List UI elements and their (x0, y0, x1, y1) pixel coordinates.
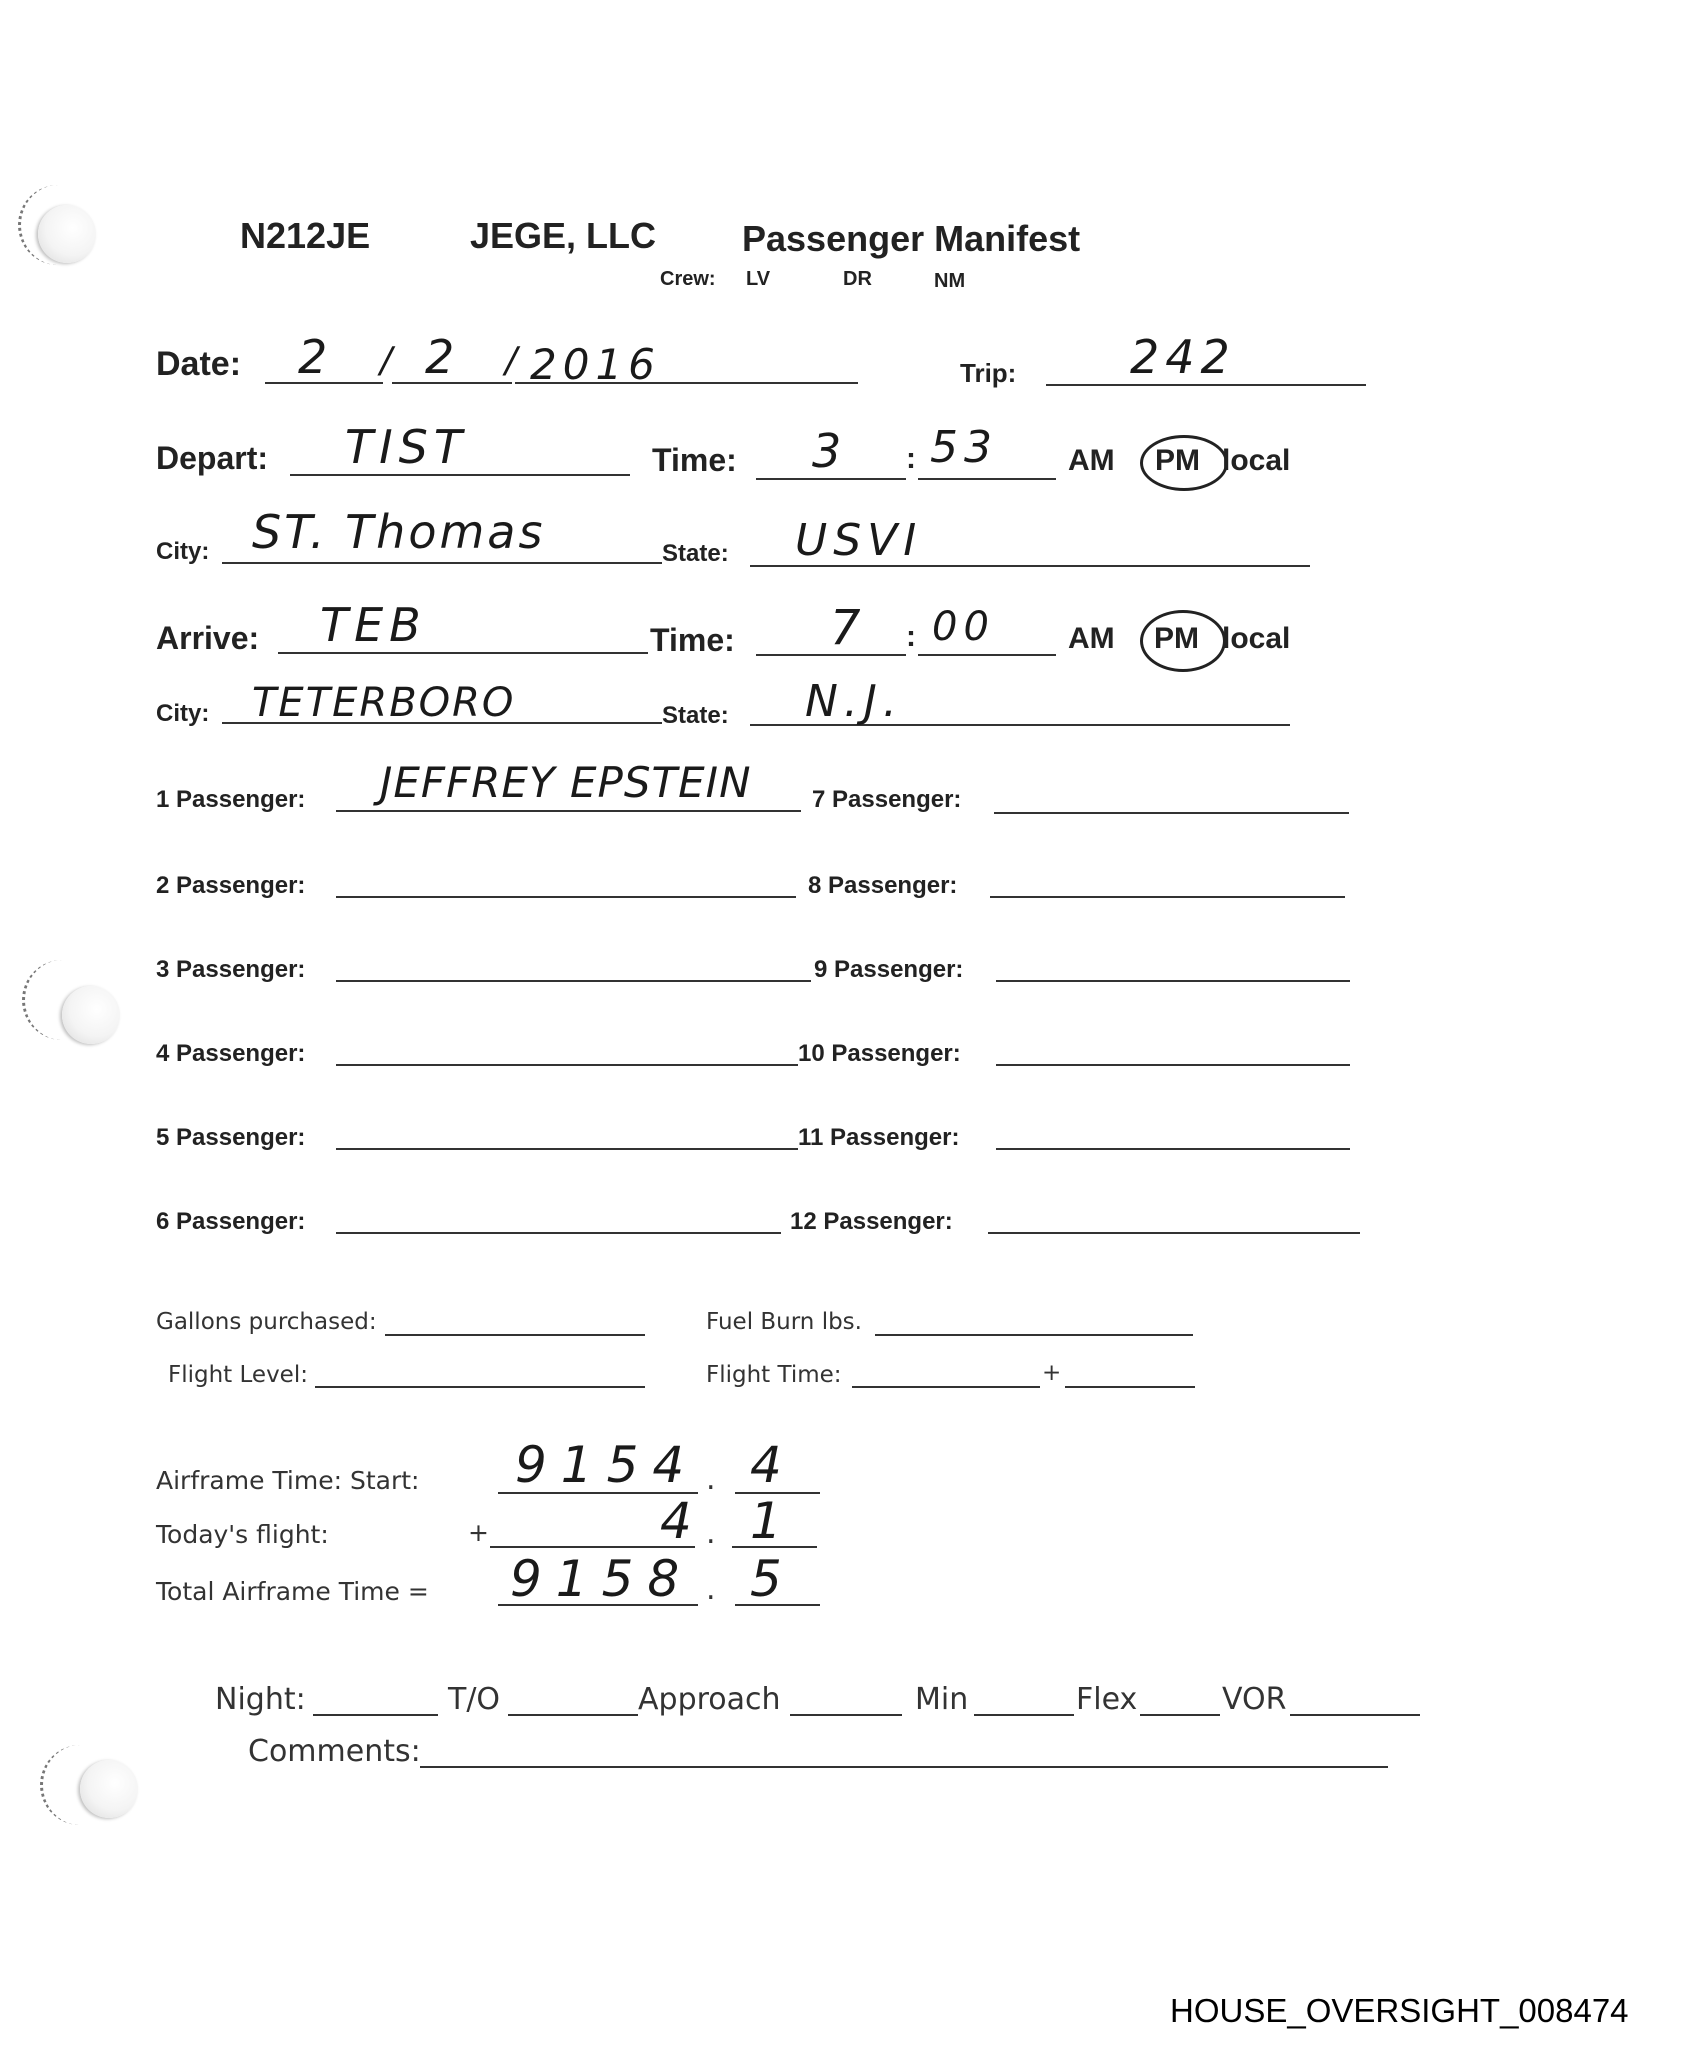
arrive-state-value: N.J. (805, 676, 903, 727)
min-line[interactable] (974, 1714, 1074, 1716)
todays-flight-whole: 4 (660, 1492, 698, 1550)
date-day-value: 2 (425, 330, 460, 384)
am-option[interactable]: AM (1068, 444, 1115, 478)
pm-option[interactable]: PM (1155, 444, 1200, 478)
company-name: JEGE, LLC (470, 215, 656, 257)
depart-city-value: ST. Thomas (252, 505, 545, 559)
crew-member: NM (934, 270, 965, 293)
passenger-line[interactable] (336, 1148, 798, 1150)
night-line[interactable] (313, 1714, 438, 1716)
depart-hour-value: 3 (812, 424, 847, 478)
depart-value: TIST (345, 420, 468, 474)
flex-label: Flex (1076, 1682, 1137, 1717)
depart-minute-value: 53 (930, 422, 998, 473)
passenger-line[interactable] (336, 980, 811, 982)
passenger-line[interactable] (336, 1064, 798, 1066)
passenger-line[interactable] (988, 1232, 1360, 1234)
date-year-value: 2016 (530, 340, 661, 389)
date-sep: / (380, 340, 398, 381)
arrive-line[interactable] (278, 652, 648, 654)
bates-number: HOUSE_OVERSIGHT_008474 (1170, 1992, 1629, 2030)
decimal-dot: . (706, 1572, 716, 1607)
arrive-minute-value: 00 (932, 604, 995, 650)
binder-hole (80, 1760, 138, 1818)
flight-time-extra-line[interactable] (1065, 1386, 1195, 1388)
passenger-label: 5 Passenger: (156, 1124, 305, 1152)
approach-label: Approach (638, 1682, 781, 1717)
todays-flight-dec: 1 (750, 1492, 788, 1550)
depart-state-label: State: (662, 540, 729, 568)
binder-hole (62, 986, 120, 1044)
passenger-label: 10 Passenger: (798, 1040, 961, 1068)
passenger-label: 3 Passenger: (156, 956, 305, 984)
min-label: Min (915, 1682, 968, 1717)
depart-time-label: Time: (652, 442, 737, 479)
arrive-label: Arrive: (156, 620, 259, 657)
trip-label: Trip: (960, 358, 1016, 389)
pm-option[interactable]: PM (1154, 622, 1199, 656)
flex-line[interactable] (1140, 1714, 1220, 1716)
arrive-hour-value: 7 (830, 600, 867, 656)
comments-line[interactable] (420, 1766, 1388, 1768)
approach-line[interactable] (790, 1714, 902, 1716)
flight-level-line[interactable] (315, 1386, 645, 1388)
airframe-start-whole: 9154 (515, 1436, 698, 1494)
arrive-city-value: TETERBORO (252, 680, 515, 726)
passenger-line[interactable] (990, 896, 1345, 898)
passenger-label: 11 Passenger: (798, 1124, 959, 1152)
to-line[interactable] (508, 1714, 638, 1716)
fuel-burn-line[interactable] (875, 1334, 1193, 1336)
passenger-line[interactable] (994, 812, 1349, 814)
depart-city-label: City: (156, 538, 209, 566)
passenger-line[interactable] (336, 810, 801, 812)
airframe-start-dec: 4 (750, 1436, 788, 1494)
local-label: local (1222, 622, 1290, 656)
depart-label: Depart: (156, 440, 268, 477)
flight-time-label: Flight Time: (706, 1362, 842, 1388)
passenger-label: 7 Passenger: (812, 786, 961, 814)
arrive-time-label: Time: (650, 622, 735, 659)
comments-label: Comments: (248, 1734, 421, 1769)
binder-hole (38, 205, 96, 263)
to-label: T/O (448, 1682, 500, 1717)
passenger-value: JEFFREY EPSTEIN (380, 758, 752, 807)
crew-member: DR (843, 268, 872, 291)
total-airframe-dec: 5 (750, 1550, 788, 1608)
passenger-label: 12 Passenger: (790, 1208, 953, 1236)
gallons-label: Gallons purchased: (156, 1309, 377, 1335)
fuel-burn-label: Fuel Burn lbs. (706, 1309, 862, 1335)
arrive-minute-line[interactable] (918, 654, 1056, 656)
arrive-value: TEB (320, 598, 427, 652)
depart-line[interactable] (290, 474, 630, 476)
passenger-label: 9 Passenger: (814, 956, 963, 984)
depart-city-line[interactable] (222, 562, 662, 564)
tail-number: N212JE (240, 215, 370, 257)
vor-label: VOR (1222, 1682, 1286, 1717)
crew-label: Crew: (660, 268, 716, 291)
form-title: Passenger Manifest (742, 218, 1080, 260)
passenger-line[interactable] (996, 1148, 1350, 1150)
todays-flight-label: Today's flight: (156, 1520, 329, 1549)
crew-member: LV (746, 268, 770, 291)
passenger-label: 1 Passenger: (156, 786, 305, 814)
total-airframe-label: Total Airframe Time = (156, 1577, 429, 1606)
depart-hour-line[interactable] (756, 478, 906, 480)
todays-flight-plus: + (468, 1518, 489, 1547)
depart-state-value: USVI (795, 515, 922, 566)
local-label: local (1222, 444, 1290, 478)
passenger-line[interactable] (996, 980, 1350, 982)
date-label: Date: (156, 345, 241, 384)
date-sep: / (505, 340, 523, 381)
passenger-line[interactable] (996, 1064, 1350, 1066)
gallons-line[interactable] (385, 1334, 645, 1336)
passenger-label: 6 Passenger: (156, 1208, 305, 1236)
date-month-value: 2 (298, 330, 333, 384)
airframe-start-label: Airframe Time: Start: (156, 1466, 419, 1495)
decimal-dot: . (706, 1516, 716, 1551)
time-colon: : (906, 620, 916, 654)
time-colon: : (906, 442, 916, 476)
decimal-dot: . (706, 1462, 716, 1497)
flight-time-plus: + (1042, 1360, 1061, 1386)
total-airframe-whole: 9158 (510, 1550, 693, 1608)
vor-line[interactable] (1290, 1714, 1420, 1716)
night-label: Night: (215, 1682, 306, 1717)
trip-line[interactable] (1046, 384, 1366, 386)
depart-minute-line[interactable] (918, 478, 1056, 480)
arrive-state-label: State: (662, 702, 729, 730)
passenger-line[interactable] (336, 1232, 781, 1234)
flight-time-line[interactable] (852, 1386, 1040, 1388)
passenger-label: 8 Passenger: (808, 872, 957, 900)
passenger-label: 2 Passenger: (156, 872, 305, 900)
flight-level-label: Flight Level: (168, 1362, 308, 1388)
passenger-line[interactable] (336, 896, 796, 898)
trip-value: 242 (1130, 330, 1236, 384)
am-option[interactable]: AM (1068, 622, 1115, 656)
passenger-label: 4 Passenger: (156, 1040, 305, 1068)
arrive-city-label: City: (156, 700, 209, 728)
